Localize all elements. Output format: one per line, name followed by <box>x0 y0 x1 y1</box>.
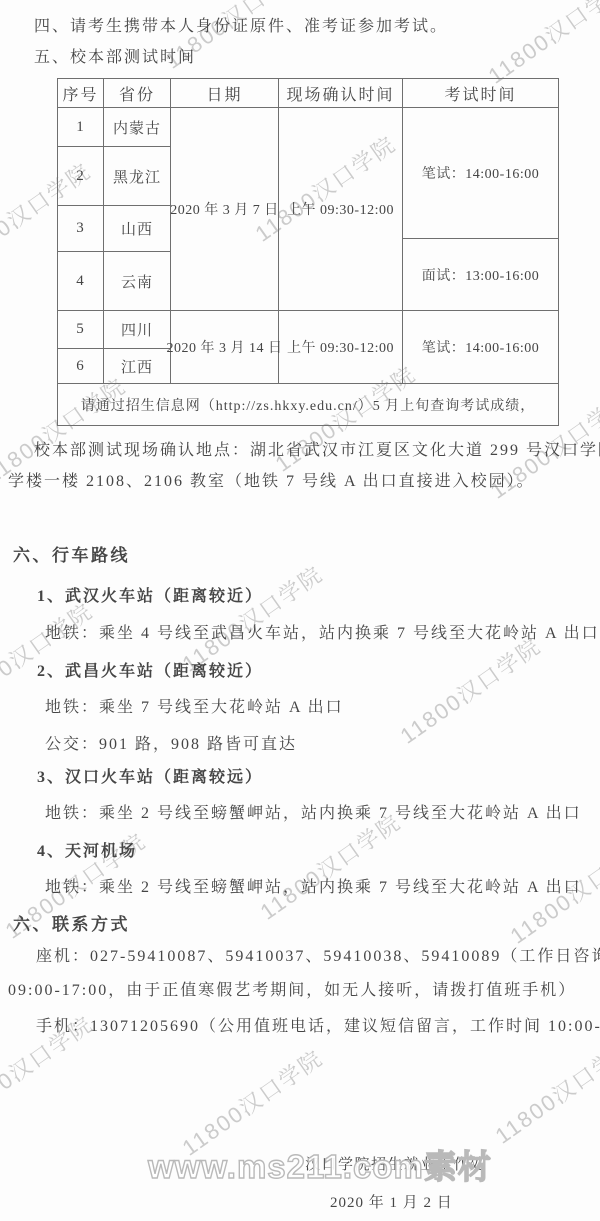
route-line-metro: 地铁：乘坐 4 号线至武昌火车站，站内换乘 7 号线至大花岭站 A 出口 <box>45 620 600 643</box>
route-title-wuchang-station: 2、武昌火车站（距离较近） <box>37 658 263 681</box>
confirm-time-cell-group1: 上午 09:30-12:00 <box>279 108 403 311</box>
route-line-metro: 地铁：乘坐 2 号线至螃蟹岬站，站内换乘 7 号线至大花岭站 A 出口 <box>45 874 582 897</box>
seq-cell: 4 <box>58 252 104 311</box>
seq-cell: 5 <box>58 311 104 349</box>
section-5-heading: 五、校本部测试时间 <box>34 44 196 67</box>
col-header-date: 日期 <box>171 79 279 108</box>
col-header-seq: 序号 <box>58 79 104 108</box>
route-title-wuhan-station: 1、武汉火车站（距离较近） <box>37 583 263 606</box>
route-line-metro: 地铁：乘坐 2 号线至螃蟹岬站，站内换乘 7 号线至大花岭站 A 出口 <box>45 800 582 823</box>
confirm-address-line-1: 校本部测试现场确认地点：湖北省武汉市江夏区文化大道 299 号汉口学院 2 号教 <box>34 437 600 460</box>
notice-item-4: 四、请考生携带本人身份证原件、准考证参加考试。 <box>34 13 448 36</box>
confirm-address-line-2: 学楼一楼 2108、2106 教室（地铁 7 号线 A 出口直接进入校园）。 <box>8 468 535 491</box>
landline-line-2: 09:00-17:00，由于正值寒假艺考期间，如无人接听，请拨打值班手机） <box>8 977 576 1000</box>
seq-cell: 2 <box>58 147 104 206</box>
date-cell-group1: 2020 年 3 月 7 日 <box>171 108 279 311</box>
province-cell: 山西 <box>104 206 171 252</box>
seq-cell: 1 <box>58 108 104 147</box>
exam-schedule-table: 序号 省份 日期 现场确认时间 考试时间 1 2 3 4 5 6 内蒙古 黑龙江… <box>57 78 559 426</box>
exam-time-cell-written2: 笔试：14:00-16:00 <box>403 311 559 384</box>
site-watermark: www.ms211.com素材 <box>148 1141 492 1188</box>
document-date: 2020 年 1 月 2 日 <box>330 1191 453 1212</box>
route-line-bus: 公交：901 路，908 路皆可直达 <box>45 731 297 754</box>
date-cell-group2: 2020 年 3 月 14 日 <box>171 311 279 384</box>
province-cell: 江西 <box>104 349 171 384</box>
seq-cell: 6 <box>58 349 104 384</box>
col-header-exam-time: 考试时间 <box>403 79 559 108</box>
routes-heading: 六、行车路线 <box>13 541 130 566</box>
table-footer-note: 请通过招生信息网（http://zs.hkxy.edu.cn/）5 月上旬查询考… <box>58 384 559 426</box>
route-line-metro: 地铁：乘坐 7 号线至大花岭站 A 出口 <box>45 694 344 717</box>
route-title-tianhe-airport: 4、天河机场 <box>37 838 137 861</box>
col-header-confirm-time: 现场确认时间 <box>279 79 403 108</box>
contact-heading: 六、联系方式 <box>13 910 130 935</box>
route-title-hankou-station: 3、汉口火车站（距离较远） <box>37 764 263 787</box>
mobile-line: 手机：13071205690（公用值班电话，建议短信留言，工作时间 10:00-… <box>36 1013 600 1036</box>
province-cell: 四川 <box>104 311 171 349</box>
province-cell: 内蒙古 <box>104 108 171 147</box>
seq-cell: 3 <box>58 206 104 252</box>
exam-time-cell-written1: 笔试：14:00-16:00 <box>403 108 559 239</box>
exam-time-cell-interview: 面试：13:00-16:00 <box>403 239 559 311</box>
document-page: 11800汉口学院11800汉口学院11800汉口学院11800汉口学院1180… <box>0 0 600 1221</box>
province-cell: 黑龙江 <box>104 147 171 206</box>
col-header-province: 省份 <box>104 79 171 108</box>
landline-line-1: 座机：027-59410087、59410037、59410038、594100… <box>36 943 600 966</box>
province-cell: 云南 <box>104 252 171 311</box>
confirm-time-cell-group2: 上午 09:30-12:00 <box>279 311 403 384</box>
